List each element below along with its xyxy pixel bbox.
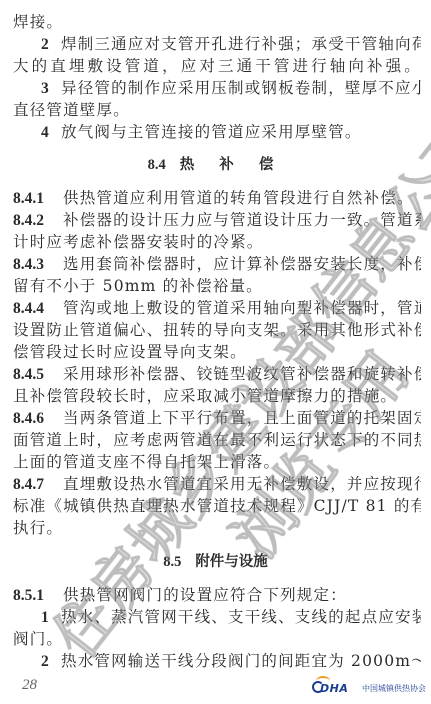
text-line: 直径管道壁厚。 <box>13 99 421 121</box>
text-line: 设置防止管道偏心、扭转的导向支架。采用其他形式补偿器，补 <box>13 319 421 341</box>
text-line: 偿管段过长时应设置导向支架。 <box>13 341 421 363</box>
section-heading-8-5: 8.5附件与设施 <box>0 551 431 573</box>
clause-8-4-6: 8.4.6当两条管道上下平行布置，且上面管道的托架固定在下 <box>13 407 421 429</box>
clause-8-4-4: 8.4.4管沟或地上敷设的管道采用轴向型补偿器时，管道上应 <box>13 297 421 319</box>
text-line: 且补偿管段较长时，应采取减小管道摩擦力的措施。 <box>13 385 421 407</box>
clause-8-4-2: 8.4.2补偿器的设计压力应与管道设计压力一致。管道系统设 <box>13 209 421 231</box>
cdha-logo: DHA 中国城镇供热协会 <box>312 679 426 697</box>
item-number: 4 <box>41 122 61 143</box>
logo-org-name: 中国城镇供热协会 <box>362 683 426 694</box>
text-line: 面管道上时，应考虑两管道在最不利运行状态下的不同热位移， <box>13 429 421 451</box>
list-item: 3异径管的制作应采用压制或钢板卷制，壁厚不应小于大 <box>41 77 421 99</box>
text-line: 上面的管道支座不得自托架上滑落。 <box>13 451 421 473</box>
list-item: 2焊制三通应对支管开孔进行补强；承受干管轴向荷载较 <box>41 33 421 55</box>
item-number: 2 <box>41 34 61 55</box>
clause-8-4-1: 8.4.1供热管道应利用管道的转角管段进行自然补偿。 <box>13 187 421 209</box>
text-line: 焊接。 <box>13 11 421 33</box>
section-heading-8-4: 8.4热 补 偿 <box>0 154 431 176</box>
clause-8-4-3: 8.4.3选用套筒补偿器时，应计算补偿器安装长度，补偿器应 <box>13 253 421 275</box>
list-item: 1热水、蒸汽管网干线、支干线、支线的起点应安装关断 <box>41 606 421 628</box>
item-number: 3 <box>41 78 61 99</box>
text-line: 标准《城镇供热直埋热水管道技术规程》CJJ/T 81 的有关规定 <box>13 495 421 517</box>
clause-8-5-1: 8.5.1供热管网阀门的设置应符合下列规定： <box>13 584 421 606</box>
text-line: 留有不小于 50mm 的补偿裕量。 <box>13 275 421 297</box>
page-number: 28 <box>22 677 37 694</box>
text-line: 执行。 <box>13 517 421 539</box>
cdha-logo-mark-icon: DHA <box>312 679 356 697</box>
document-page: 焊接。 2焊制三通应对支管开孔进行补强；承受干管轴向荷载较 大的直埋敷设管道，应… <box>0 0 431 704</box>
list-item: 4放气阀与主管连接的管道应采用厚壁管。 <box>41 121 421 143</box>
text-line: 大的直埋敷设管道，应对三通干管进行轴向补强。 <box>13 55 421 77</box>
clause-8-4-7: 8.4.7直埋敷设热水管道宜采用无补偿敷设，并应按现行行业 <box>13 473 421 495</box>
item-number: 2 <box>41 651 61 672</box>
item-number: 1 <box>41 607 61 628</box>
list-item: 2热水管网输送干线分段阀门的间距宜为 2000m～3000m； <box>41 650 421 672</box>
clause-8-4-5: 8.4.5采用球形补偿器、铰链型波纹管补偿器和旋转补偿器， <box>13 363 421 385</box>
text-line: 阀门。 <box>13 628 421 650</box>
text-line: 计时应考虑补偿器安装时的冷紧。 <box>13 231 421 253</box>
